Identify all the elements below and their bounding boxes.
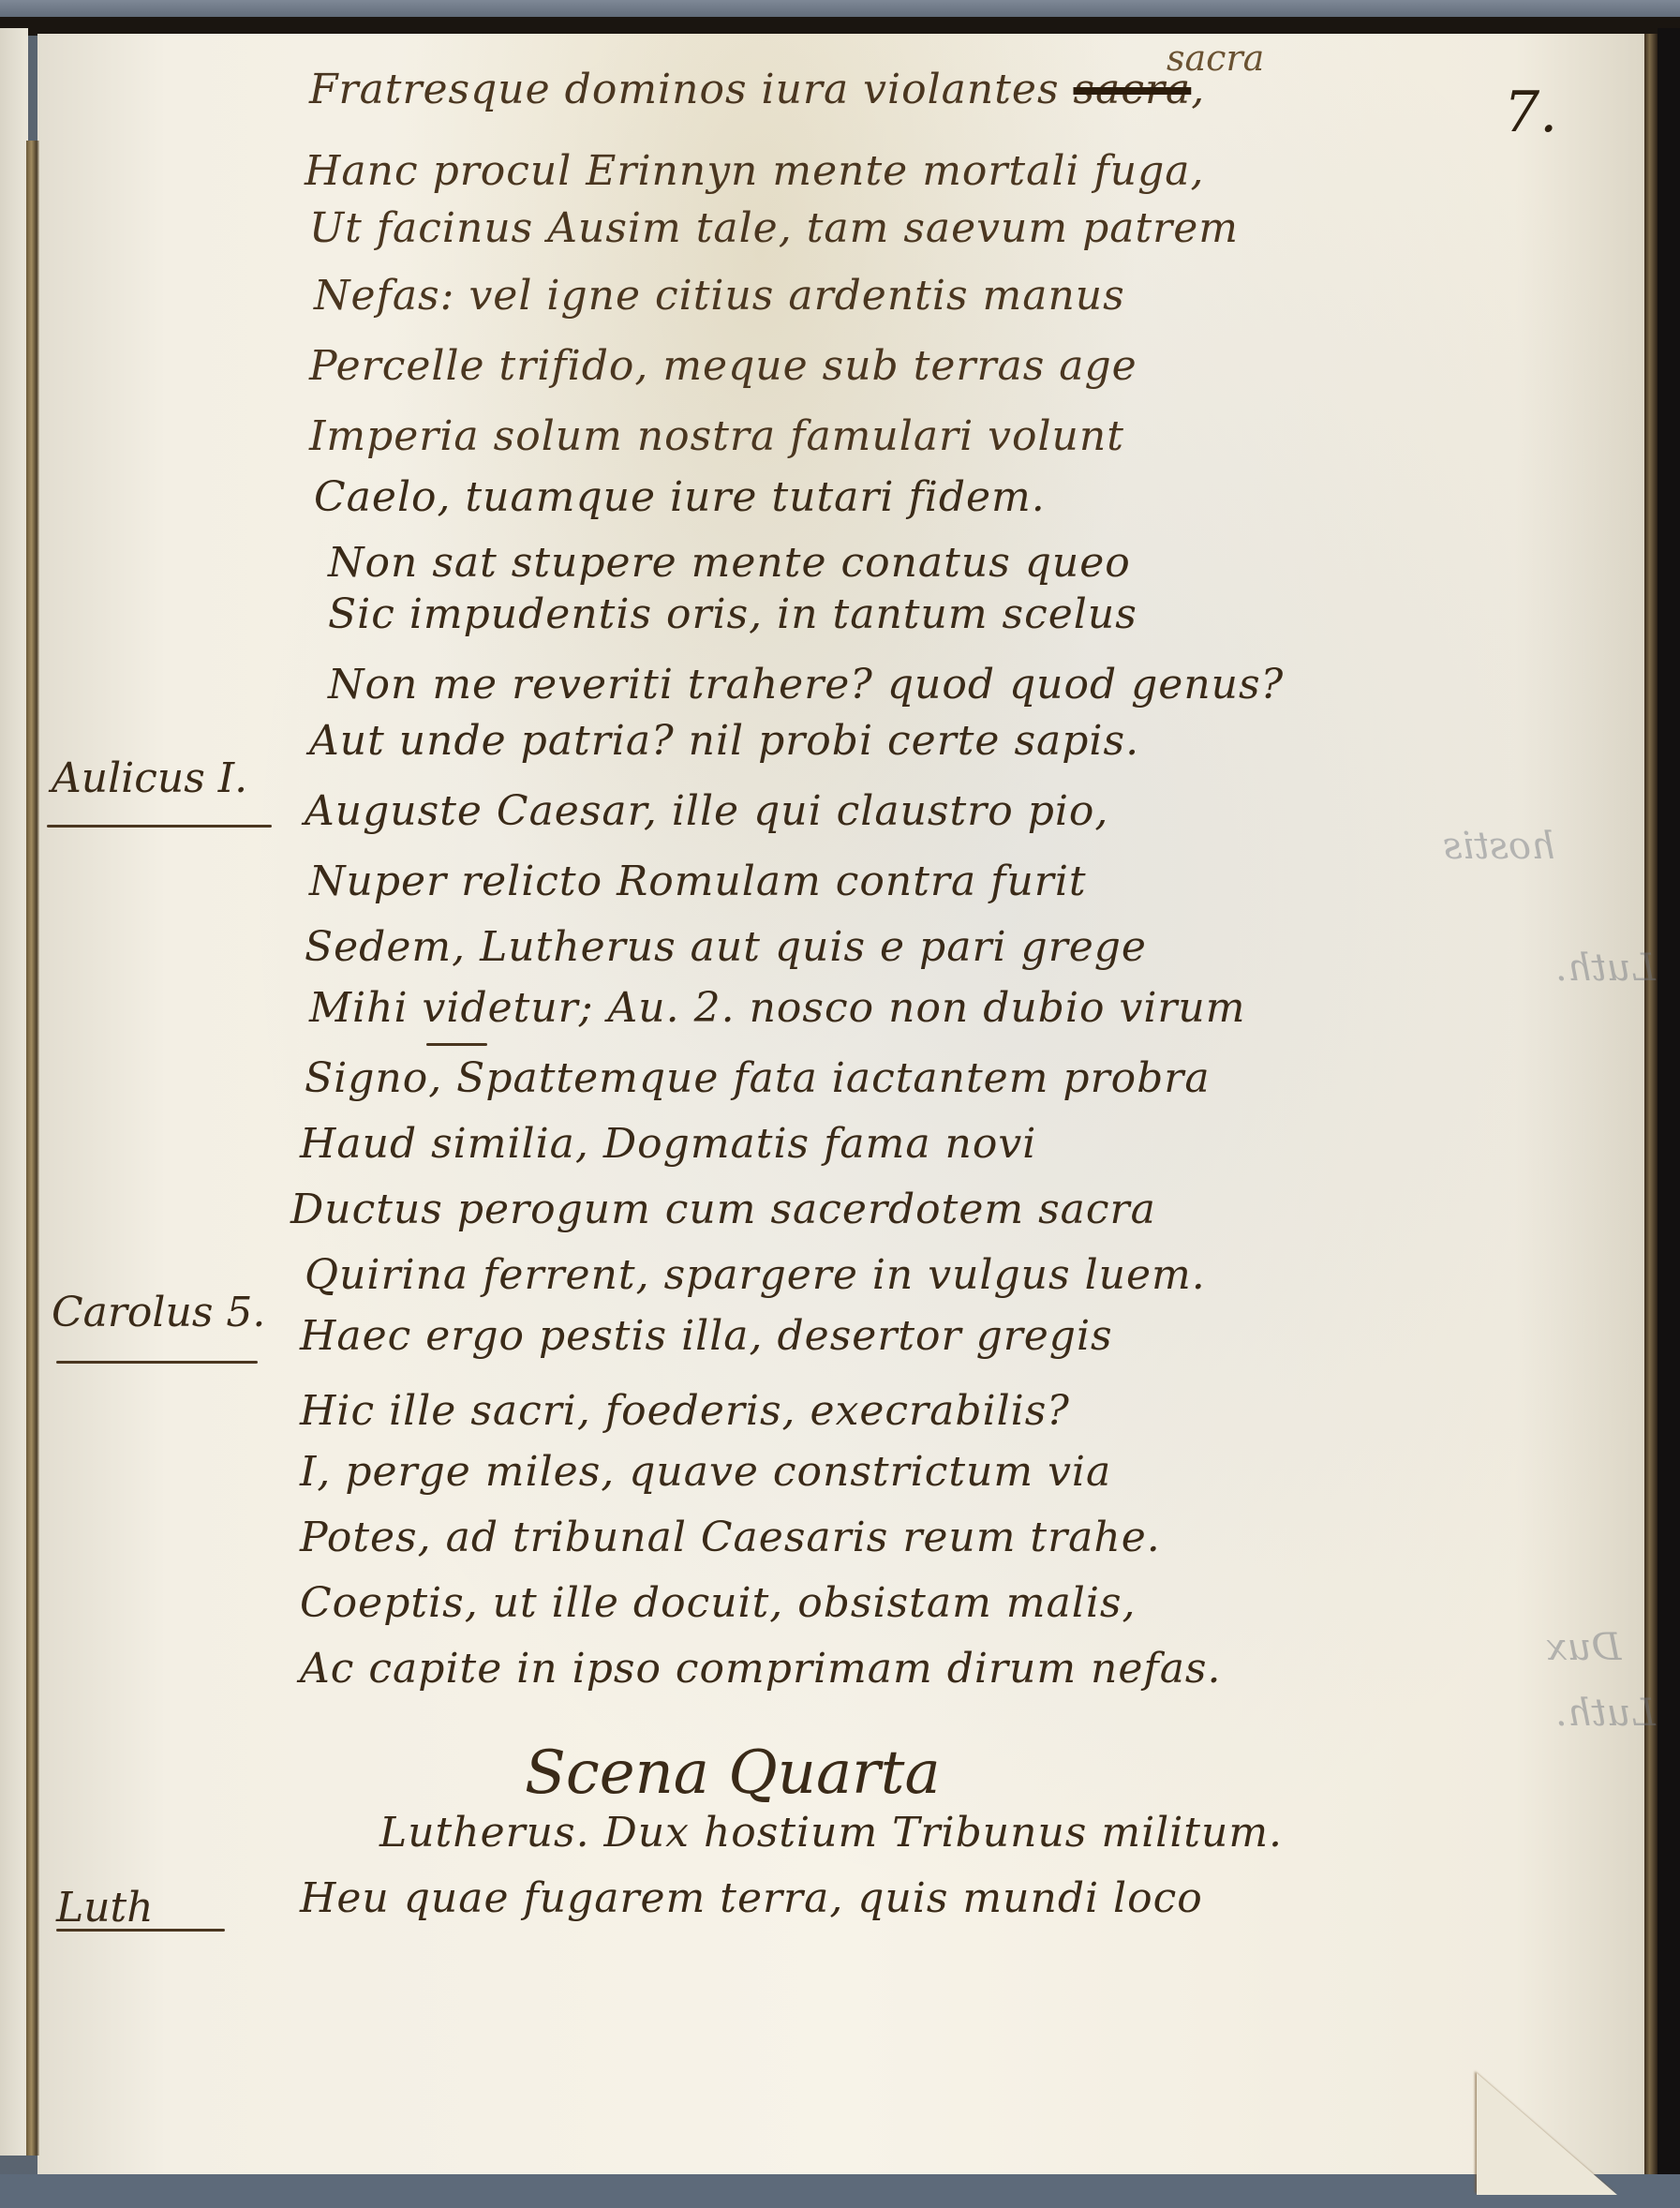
verse-line-21: Hic ille sacri, foederis, execrabilis?	[300, 1387, 1070, 1435]
verse-line-22: I, perge miles, quave constrictum via	[300, 1448, 1111, 1496]
speaker-label-carolus: Carolus 5.	[52, 1289, 265, 1336]
book-top-edge	[0, 17, 1680, 36]
bleed-through-text: Luth.	[1555, 947, 1656, 990]
folded-corner	[1477, 2073, 1617, 2195]
verse-line-23: Potes, ad tribunal Caesaris reum trahe.	[300, 1514, 1161, 1561]
verse-line-4: Nefas: vel igne citius ardentis manus	[314, 272, 1125, 320]
verse-line-11: Aut unde patria? nil probi certe sapis.	[309, 717, 1139, 765]
speaker-underline	[56, 1361, 258, 1364]
bleed-through-text: Dux	[1546, 1626, 1621, 1669]
verse-line-6: Imperia solum nostra famulari volunt	[309, 412, 1124, 460]
speaker-underline	[56, 1929, 225, 1932]
verse-line-3: Ut facinus Ausim tale, tam saevum patrem	[309, 204, 1239, 252]
right-shadow	[1658, 28, 1680, 2184]
verse-line-16: Signo, Spattemque fata iactantem probra	[305, 1054, 1211, 1102]
verse-text: Fratresque dominos iura violantes	[309, 66, 1060, 113]
verse-line-13: Nuper relicto Romulam contra furit	[309, 858, 1087, 905]
facing-page-edge	[0, 28, 28, 2156]
speaker-underline	[47, 825, 272, 828]
verse-line-19: Quirina ferrent, spargere in vulgus luem…	[305, 1251, 1206, 1299]
folio-number: 7.	[1504, 80, 1557, 145]
scene-heading: Scena Quarta	[525, 1738, 941, 1808]
verse-line-24: Coeptis, ut ille docuit, obsistam malis,	[300, 1579, 1136, 1627]
verse-line-9: Sic impudentis oris, in tantum scelus	[328, 590, 1137, 638]
verse-line-18: Ductus perogum cum sacerdotem sacra	[290, 1186, 1156, 1233]
speaker-underline	[426, 1043, 487, 1046]
binding-gutter-stitching	[26, 141, 39, 2156]
verse-line-final: Heu quae fugarem terra, quis mundi loco	[300, 1874, 1203, 1922]
verse-line-2: Hanc procul Erinnyn mente mortali fuga,	[305, 147, 1205, 195]
verse-line-17: Haud similia, Dogmatis fama novi	[300, 1120, 1036, 1168]
bleed-through-text: hostis	[1443, 825, 1555, 868]
verse-line-7: Caelo, tuamque iure tutari fidem.	[314, 473, 1046, 521]
scan-background-bottom	[0, 2174, 1680, 2208]
struck-word: sacra	[1074, 66, 1192, 113]
speaker-label-luth: Luth	[56, 1884, 154, 1932]
right-page-edges	[1644, 34, 1658, 2180]
verse-line-20: Haec ergo pestis illa, desertor gregis	[300, 1312, 1113, 1360]
verse-text: Mihi videtur; Au. 2. nosco non dubio vir…	[309, 984, 1246, 1032]
verse-line-14: Sedem, Lutherus aut quis e pari grege	[305, 923, 1147, 971]
bleed-through-text: Luth.	[1555, 1692, 1656, 1735]
verse-line-8: Non sat stupere mente conatus queo	[328, 539, 1131, 587]
verse-line-1: Fratresque dominos iura violantes sacra,	[309, 66, 1205, 113]
verse-line-25: Ac capite in ipso comprimam dirum nefas.	[300, 1645, 1222, 1693]
verse-line-5: Percelle trifido, meque sub terras age	[309, 342, 1137, 390]
verse-line-15: Mihi videtur; Au. 2. nosco non dubio vir…	[309, 984, 1246, 1032]
speaker-label-aulicus: Aulicus I.	[52, 754, 247, 802]
verse-line-10: Non me reveriti trahere? quod quod genus…	[328, 661, 1284, 709]
scene-cast-list: Lutherus. Dux hostium Tribunus militum.	[379, 1809, 1283, 1857]
verse-line-12: Auguste Caesar, ille qui claustro pio,	[305, 787, 1108, 835]
